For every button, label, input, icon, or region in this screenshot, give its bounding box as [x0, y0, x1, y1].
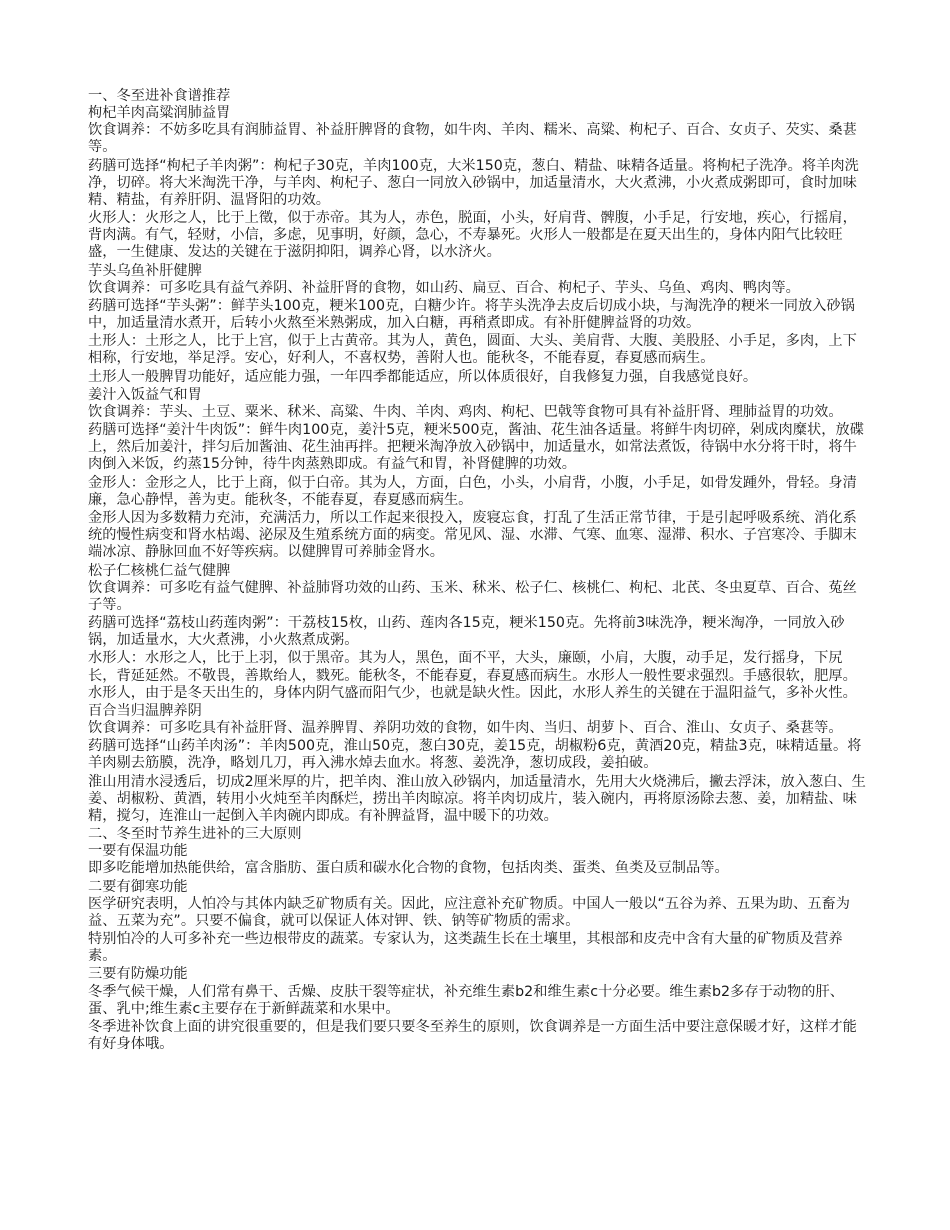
- paragraph-diet: 饮食调养：可多吃具有补益肝肾、温养脾胃、养阴功效的食物，如牛肉、当归、胡萝卜、百…: [88, 720, 868, 737]
- paragraph-root-vegetables: 特别怕冷的人可多补充一些边根带皮的蔬菜。专家认为，这类蔬生长在土壤里，其根部和皮…: [88, 931, 868, 965]
- subheading-pine-walnut: 松子仁核桃仁益气健脾: [88, 563, 868, 580]
- paragraph-earth-type: 土形人：土形之人，比于上宫，似于上古黄帝。其为人，黄色，圆面、大头、美肩背、大腹…: [88, 333, 868, 367]
- paragraph-minerals: 医学研究表明，人怕冷与其体内缺乏矿物质有关。因此，应注意补充矿物质。中国人一般以…: [88, 896, 868, 930]
- subheading-goji-lamb: 枸杞羊肉高粱润肺益胃: [88, 105, 868, 122]
- paragraph-water-type: 水形人：水形之人，比于上羽，似于黑帝。其为人，黑色，面不平，大头，廉颐，小肩，大…: [88, 650, 868, 701]
- paragraph-metal-type: 金形人：金形之人，比于上商，似于白帝。其为人，方面，白色，小头，小肩背，小腹，小…: [88, 475, 868, 509]
- paragraph-recipe: 药膳可选择“姜汁牛肉饭”：鲜牛肉100克，姜汁5克，粳米500克，酱油、花生油各…: [88, 422, 868, 473]
- paragraph-diet: 饮食调养：芋头、土豆、粟米、秫米、高粱、牛肉、羊肉、鸡肉、枸杞、巴戟等食物可具有…: [88, 404, 868, 421]
- paragraph-recipe: 药膳可选择“山药羊肉汤”：羊肉500克，淮山50克，葱白30克，姜15克，胡椒粉…: [88, 738, 868, 772]
- paragraph-warmth: 即多吃能增加热能供给，富含脂肪、蛋白质和碳水化合物的食物，包括肉类、蛋类、鱼类及…: [88, 860, 868, 877]
- paragraph-vitamins: 冬季气候干燥，人们常有鼻干、舌燥、皮肤干裂等症状，补充维生素b2和维生素c十分必…: [88, 984, 868, 1018]
- paragraph-diet: 饮食调养：不妨多吃具有润肺益胃、补益肝脾肾的食物，如牛肉、羊肉、糯米、高粱、枸杞…: [88, 122, 868, 156]
- section-heading-principles: 二、冬至时节养生进补的三大原则: [88, 826, 868, 843]
- paragraph-recipe: 药膳可选择“荔枝山药莲肉粥”：干荔枝15枚，山药、莲肉各15克，粳米150克。先…: [88, 615, 868, 649]
- document-page: 一、冬至进补食谱推荐 枸杞羊肉高粱润肺益胃 饮食调养：不妨多吃具有润肺益胃、补益…: [88, 88, 868, 1054]
- paragraph-earth-type-note: 土形人一般脾胃功能好，适应能力强，一年四季都能适应，所以体质很好，自我修复力强，…: [88, 369, 868, 386]
- paragraph-diet: 饮食调养：可多吃具有益气养阴、补益肝肾的食物，如山药、扁豆、百合、枸杞子、芋头、…: [88, 280, 868, 297]
- subheading-warmth: 一要有保温功能: [88, 843, 868, 860]
- paragraph-recipe: 药膳可选择“枸杞子羊肉粥”：枸杞子30克，羊肉100克，大米150克，葱白、精盐…: [88, 158, 868, 209]
- subheading-ginger-rice: 姜汁入饭益气和胃: [88, 387, 868, 404]
- subheading-cold-resistance: 二要有御寒功能: [88, 879, 868, 896]
- section-heading-recipes: 一、冬至进补食谱推荐: [88, 88, 868, 105]
- paragraph-metal-type-note: 金形人因为多数精力充沛，充满活力，所以工作起来很投入，废寝忘食，打乱了生活正常节…: [88, 510, 868, 561]
- subheading-anti-dryness: 三要有防燥功能: [88, 966, 868, 983]
- paragraph-fire-type: 火形人：火形之人，比于上徵，似于赤帝。其为人，赤色，脱面，小头，好肩背、髀腹，小…: [88, 210, 868, 261]
- paragraph-conclusion: 冬季进补饮食上面的讲究很重要的，但是我们要只要冬至养生的原则，饮食调养是一方面生…: [88, 1019, 868, 1053]
- paragraph-recipe-steps: 淮山用清水浸透后，切成2厘米厚的片，把羊肉、淮山放入砂锅内，加适量清水，先用大火…: [88, 774, 868, 825]
- paragraph-diet: 饮食调养：可多吃有益气健脾、补益肺肾功效的山药、玉米、秫米、松子仁、核桃仁、枸杞…: [88, 580, 868, 614]
- subheading-lily-angelica: 百合当归温脾养阴: [88, 703, 868, 720]
- paragraph-recipe: 药膳可选择“芋头粥”：鲜芋头100克，粳米100克，白糖少许。将芋头洗净去皮后切…: [88, 298, 868, 332]
- subheading-taro-fish: 芋头乌鱼补肝健脾: [88, 263, 868, 280]
